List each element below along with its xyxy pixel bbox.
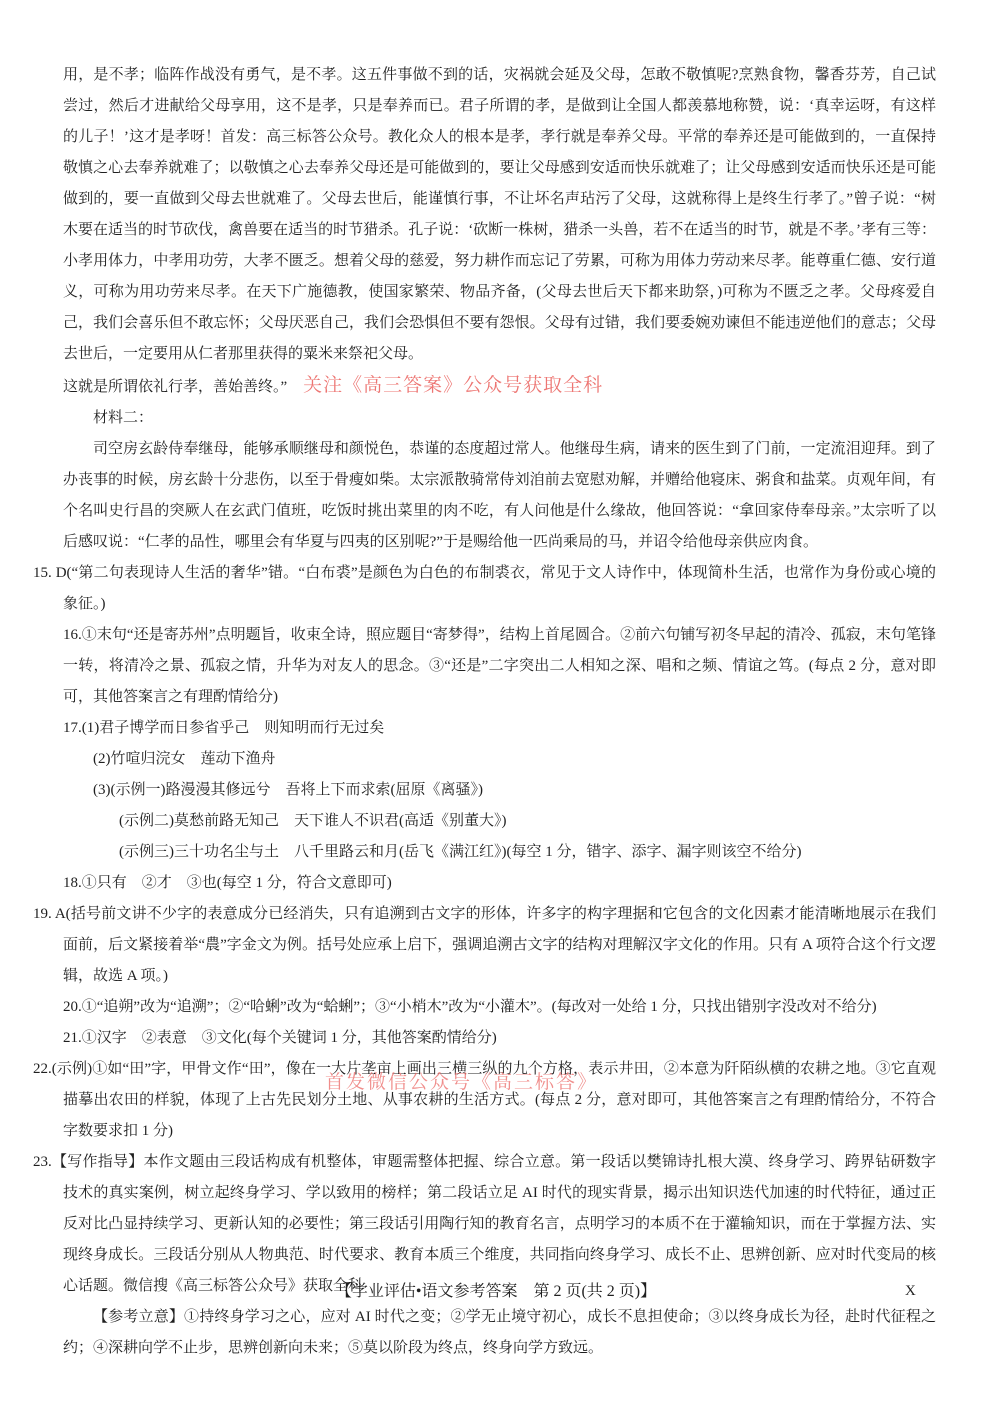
translation-paragraph-1-end: 这就是所谓依礼行孝，善始善终。” bbox=[63, 379, 287, 395]
answer-17-line-5: (示例三)三十功名尘与土 八千里路云和月(岳飞《满江红》)(每空 1 分，错字、… bbox=[63, 837, 936, 868]
promo-red-line: 关注《高三答案》公众号获取全科 bbox=[303, 375, 603, 396]
translation-paragraph-2: 司空房玄龄侍奉继母，能够承顺继母和颜悦色，恭谨的态度超过常人。他继母生病，请来的… bbox=[63, 434, 936, 558]
answer-item-23-reference-points: 【参考立意】①持终身学习之心，应对 AI 时代之变；②学无止境守初心，成长不息担… bbox=[63, 1302, 936, 1364]
material-2-heading: 材料二： bbox=[63, 403, 936, 434]
translation-paragraph-1-endline: 这就是所谓依礼行孝，善始善终。”关注《高三答案》公众号获取全科 bbox=[63, 370, 936, 403]
footer-title-pagenumber: 【学业评估•语文参考答案 第 2 页(共 2 页)】 bbox=[336, 1283, 656, 1300]
page-footer: 【学业评估•语文参考答案 第 2 页(共 2 页)】 X bbox=[0, 1276, 992, 1307]
translation-paragraph-1: 用，是不孝；临阵作战没有勇气，是不孝。这五件事做不到的话，灾祸就会延及父母，怎敢… bbox=[63, 60, 936, 370]
answer-item-17: 17.(1)君子博学而日参省乎己 则知明而行无过矣 (2)竹喧归浣女 莲动下渔舟… bbox=[63, 713, 936, 868]
answer-17-line-1: 17.(1)君子博学而日参省乎己 则知明而行无过矣 bbox=[63, 713, 936, 744]
answer-item-22: 22.(示例)①如“田”字，甲骨文作“田”，像在一大片垄亩上画出三横三纵的九个方… bbox=[63, 1054, 936, 1147]
answer-sheet-body: 用，是不孝；临阵作战没有勇气，是不孝。这五件事做不到的话，灾祸就会延及父母，怎敢… bbox=[63, 60, 936, 1364]
answer-17-line-3: (3)(示例一)路漫漫其修远兮 吾将上下而求索(屈原《离骚》) bbox=[63, 775, 936, 806]
document-page: 用，是不孝；临阵作战没有勇气，是不孝。这五件事做不到的话，灾祸就会延及父母，怎敢… bbox=[0, 0, 992, 1403]
answer-22-text: 22.(示例)①如“田”字，甲骨文作“田”，像在一大片垄亩上画出三横三纵的九个方… bbox=[33, 1061, 936, 1139]
answer-item-20: 20.①“追朔”改为“追溯”；②“哈蜊”改为“蛤蜊”；③“小梢木”改为“小灌木”… bbox=[63, 992, 936, 1023]
answer-17-line-4: (示例二)莫愁前路无知己 天下谁人不识君(高适《别董大》) bbox=[63, 806, 936, 837]
answer-item-21: 21.①汉字 ②表意 ③文化(每个关键词 1 分，其他答案酌情给分) bbox=[63, 1023, 936, 1054]
answer-item-16: 16.①末句“还是寄苏州”点明题旨，收束全诗，照应题目“寄梦得”，结构上首尾圆合… bbox=[63, 620, 936, 713]
answer-17-line-2: (2)竹喧归浣女 莲动下渔舟 bbox=[63, 744, 936, 775]
answer-item-15: 15. D(“第二句表现诗人生活的奢华”错。“白布裘”是颜色为白色的布制裘衣，常… bbox=[63, 558, 936, 620]
answer-item-18: 18.①只有 ②才 ③也(每空 1 分，符合文意即可) bbox=[63, 868, 936, 899]
footer-version-mark: X bbox=[905, 1276, 916, 1307]
answer-item-19: 19. A(括号前文讲不少字的表意成分已经消失，只有追溯到古文字的形体，许多字的… bbox=[63, 899, 936, 992]
